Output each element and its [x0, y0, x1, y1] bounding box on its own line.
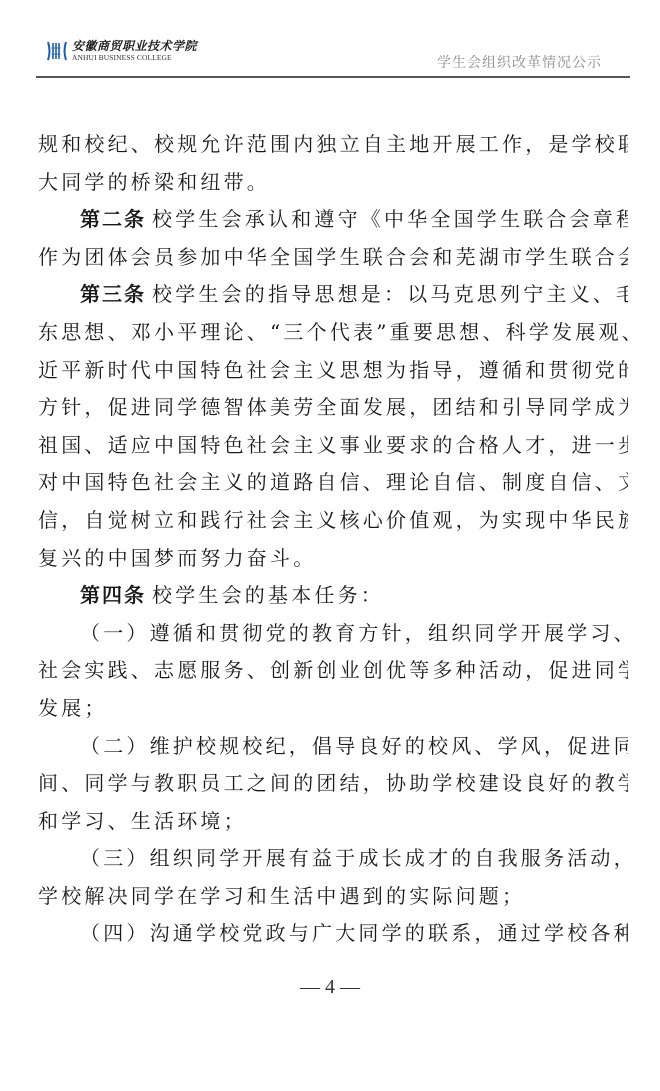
text-line: 社会实践、志愿服务、创新创业创优等多种活动，促进同学全面 [38, 652, 628, 690]
text-line: 和学习、生活环境； [38, 803, 628, 841]
text-line: 祖国、适应中国特色社会主义事业要求的合格人才，进一步增强 [38, 427, 628, 465]
article-heading: 第四条 [80, 583, 146, 607]
college-name-en: ANHUI BUSINESS COLLEGE [72, 54, 197, 62]
header-divider [36, 76, 630, 78]
text-line: 方针，促进同学德智体美劳全面发展，团结和引导同学成为热爱 [38, 389, 628, 427]
article-4: 第四条校学生会的基本任务： [38, 577, 628, 615]
article-heading: 第二条 [80, 207, 146, 231]
page-header: 安徽商贸职业技术学院 ANHUI BUSINESS COLLEGE 学生会组织改… [36, 38, 630, 76]
college-logo: 安徽商贸职业技术学院 ANHUI BUSINESS COLLEGE [46, 40, 197, 62]
article-2: 第二条校学生会承认和遵守《中华全国学生联合会章程》， [38, 201, 628, 239]
text-line: 发展； [38, 690, 628, 728]
page-number: — 4 — [0, 976, 660, 999]
task-item-3: （三）组织同学开展有益于成长成才的自我服务活动，协助 [38, 840, 628, 878]
task-item-1: （一）遵循和贯彻党的教育方针，组织同学开展学习、文体、 [38, 615, 628, 653]
text-line: 大同学的桥梁和纽带。 [38, 164, 628, 202]
text-line: 近平新时代中国特色社会主义思想为指导，遵循和贯彻党的教育 [38, 352, 628, 390]
text-line: 作为团体会员参加中华全国学生联合会和芜湖市学生联合会。 [38, 239, 628, 277]
task-item-4: （四）沟通学校党政与广大同学的联系，通过学校各种正常 [38, 915, 628, 953]
document-title: 学生会组织改革情况公示 [437, 52, 602, 72]
college-name-cn: 安徽商贸职业技术学院 [72, 40, 197, 52]
task-item-2: （二）维护校规校纪，倡导良好的校风、学风，促进同学之 [38, 728, 628, 766]
text-line: 东思想、邓小平理论、“三个代表”重要思想、科学发展观、习 [38, 314, 628, 352]
text-line: 间、同学与教职员工之间的团结，协助学校建设良好的教学秩序 [38, 765, 628, 803]
document-body: 规和校纪、校规允许范围内独立自主地开展工作，是学校联系广 大同学的桥梁和纽带。 … [38, 126, 628, 953]
article-heading: 第三条 [80, 282, 146, 306]
article-3: 第三条校学生会的指导思想是：以马克思列宁主义、毛泽 [38, 276, 628, 314]
text-line: 规和校纪、校规允许范围内独立自主地开展工作，是学校联系广 [38, 126, 628, 164]
text-line: 复兴的中国梦而努力奋斗。 [38, 540, 628, 578]
text-line: 对中国特色社会主义的道路自信、理论自信、制度自信、文化自 [38, 464, 628, 502]
text-line: 学校解决同学在学习和生活中遇到的实际问题； [38, 878, 628, 916]
text-line: 信，自觉树立和践行社会主义核心价值观，为实现中华民族伟大 [38, 502, 628, 540]
college-logo-icon [46, 40, 68, 62]
